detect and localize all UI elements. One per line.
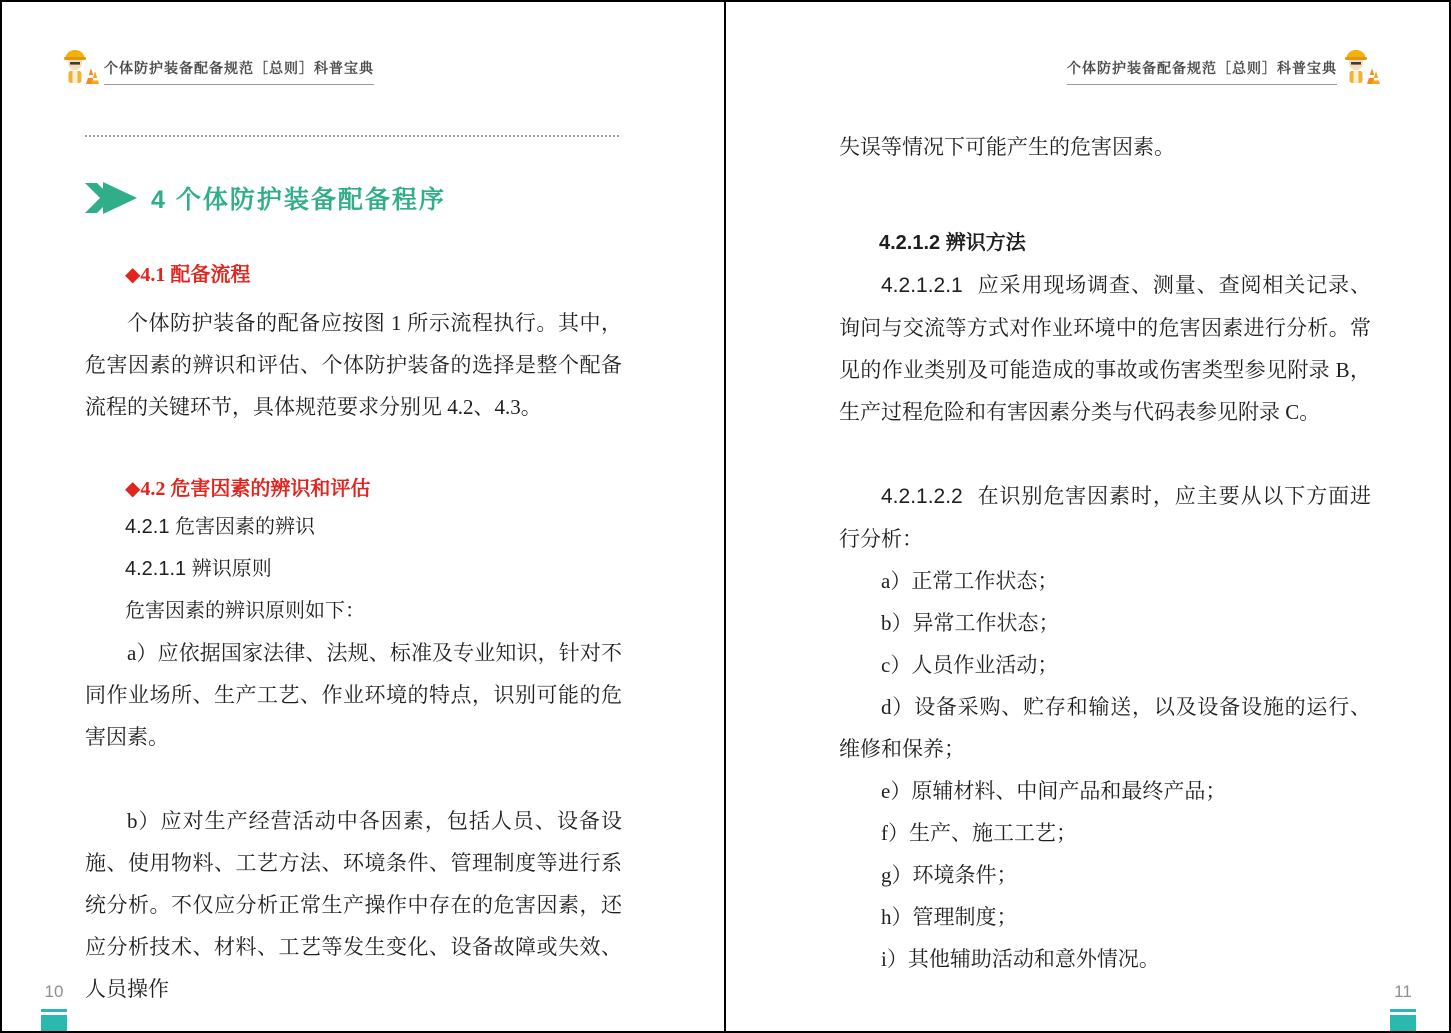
principle-item-a: a）应依据国家法律、法规、标准及专业知识，针对不同作业场所、生产工艺、作业环境的… (85, 632, 622, 758)
clause-number: 4.2.1.2.1 (881, 274, 977, 297)
section-4-2-1-2-heading: 4.2.1.2 辨识方法 (839, 222, 1371, 264)
book-spread: 个体防护装备配备规范［总则］科普宝典 4 个体防护装备配备程序 ◆4.1 配备流… (0, 0, 1451, 1033)
right-page: 个体防护装备配备规范［总则］科普宝典 失误等情况下可能产生的危害因素。 4.2.… (726, 2, 1449, 1031)
double-chevron-icon (85, 182, 137, 214)
left-page-body: ◆4.1 配备流程 个体防护装备的配备应按图 1 所示流程执行。其中，危害因素的… (85, 258, 622, 1010)
identification-principles-intro: 危害因素的辨识原则如下： (85, 590, 622, 632)
section-4-1-heading: ◆4.1 配备流程 (85, 258, 622, 292)
left-page: 个体防护装备配备规范［总则］科普宝典 4 个体防护装备配备程序 ◆4.1 配备流… (2, 2, 724, 1031)
right-page-header: 个体防护装备配备规范［总则］科普宝典 (1067, 46, 1381, 86)
analysis-item-f: f）生产、施工工艺； (839, 812, 1371, 854)
analysis-item-a: a）正常工作状态； (839, 560, 1371, 602)
right-page-footer: 11 (1390, 982, 1416, 1031)
page-number: 11 (1390, 982, 1416, 1002)
chapter-title: 4 个体防护装备配备程序 (151, 180, 446, 216)
footer-accent-block (41, 1015, 67, 1031)
dotted-separator (85, 135, 619, 137)
analysis-item-c: c）人员作业活动； (839, 644, 1371, 686)
analysis-item-e: e）原辅材料、中间产品和最终产品； (839, 770, 1371, 812)
safety-worker-mascot-icon (1341, 46, 1381, 86)
analysis-item-g: g）环境条件； (839, 854, 1371, 896)
analysis-item-b: b）异常工作状态； (839, 602, 1371, 644)
analysis-item-i: i）其他辅助活动和意外情况。 (839, 938, 1371, 980)
section-4-2-heading: ◆4.2 危害因素的辨识和评估 (85, 472, 622, 506)
left-page-footer: 10 (41, 982, 67, 1031)
section-4-2-1-1-heading: 4.2.1.1 辨识原则 (85, 548, 622, 590)
page-number: 10 (41, 982, 67, 1002)
continued-paragraph: 失误等情况下可能产生的危害因素。 (839, 126, 1371, 168)
left-page-header: 个体防护装备配备规范［总则］科普宝典 (60, 46, 374, 86)
book-title: 个体防护装备配备规范［总则］科普宝典 (1067, 58, 1337, 85)
safety-worker-mascot-icon (60, 46, 100, 86)
analysis-item-h: h）管理制度； (839, 896, 1371, 938)
section-4-2-1-2-2-paragraph: 4.2.1.2.2在识别危害因素时，应主要从以下方面进行分析： (839, 475, 1371, 560)
footer-accent-line (1390, 1009, 1416, 1012)
section-4-1-paragraph: 个体防护装备的配备应按图 1 所示流程执行。其中，危害因素的辨识和评估、个体防护… (85, 302, 622, 428)
clause-number: 4.2.1.2.2 (881, 485, 977, 508)
principle-item-b: b）应对生产经营活动中各因素，包括人员、设备设施、使用物料、工艺方法、环境条件、… (85, 800, 622, 1010)
footer-accent-line (41, 1009, 67, 1012)
section-4-2-1-heading: 4.2.1 危害因素的辨识 (85, 506, 622, 548)
right-page-body: 失误等情况下可能产生的危害因素。 4.2.1.2 辨识方法 4.2.1.2.1应… (839, 126, 1371, 980)
book-title: 个体防护装备配备规范［总则］科普宝典 (104, 58, 374, 85)
chapter-heading: 4 个体防护装备配备程序 (85, 180, 446, 216)
analysis-item-d: d）设备采购、贮存和输送，以及设备设施的运行、维修和保养； (839, 686, 1371, 770)
footer-accent-block (1390, 1015, 1416, 1031)
section-4-2-1-2-1-paragraph: 4.2.1.2.1应采用现场调查、测量、查阅相关记录、询问与交流等方式对作业环境… (839, 264, 1371, 433)
